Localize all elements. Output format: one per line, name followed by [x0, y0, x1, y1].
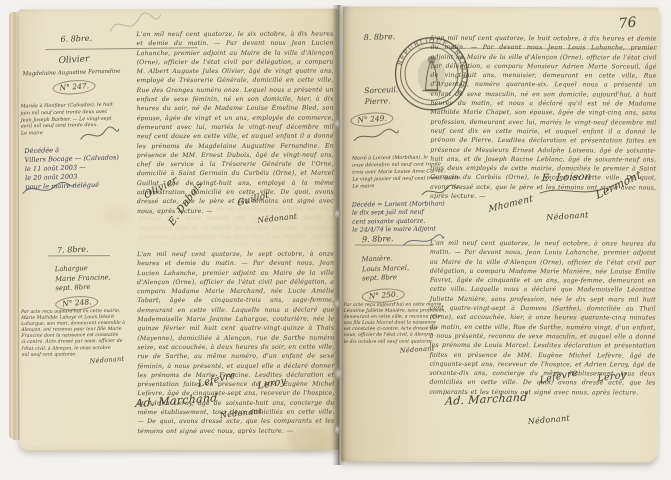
margin-date: 6. 8bre.: [60, 34, 92, 44]
death-note: Décédé = Lorient (Morbihan) le dix sept …: [352, 200, 482, 235]
recognition-note: Par acte reçu aujourd'hui en cette mairi…: [21, 309, 146, 359]
margin-child-surname: Olivier: [58, 54, 89, 66]
paper-stain: [288, 427, 330, 453]
margin-date: 7. 8bre.: [57, 245, 89, 255]
death-note-paraph: [21, 181, 76, 197]
signature: Ad. Marchand: [445, 391, 528, 408]
mayor-paraph: [79, 125, 121, 143]
margin-child-name: Sorceuil. Pierre.: [364, 84, 399, 107]
stitch-hole: [333, 424, 341, 435]
margin-child-name: Lahargue Marie Francine, sept. 8bre: [55, 263, 112, 294]
paper-stain: [548, 305, 600, 343]
margin-child-name: Manière. Louis Marcel, sept. 8bre: [361, 254, 409, 284]
stitch-hole: [333, 208, 341, 219]
signature: Nédonant: [546, 210, 589, 222]
act-number: N° 250.: [361, 287, 405, 304]
left-page: 6. 8bre. Olivier Magdelaine Augustine Fe…: [18, 9, 338, 451]
paper-stain: [105, 207, 129, 223]
act-number: N° 247.: [52, 79, 96, 96]
margin-paraph: [352, 128, 400, 144]
binding-gutter: [332, 5, 345, 465]
stitch-hole: [333, 118, 341, 129]
margin-date: 8. 8bre.: [364, 32, 396, 42]
signature: Nédonant: [527, 414, 570, 427]
note-signature: Nédonant: [89, 355, 124, 366]
stitch-hole: [333, 366, 344, 381]
act-number: N° 249.: [350, 111, 394, 128]
page-number: 76: [618, 15, 637, 33]
signature: E. Loison: [541, 172, 592, 185]
register-scan: 6. 8bre. Olivier Magdelaine Augustine Fe…: [0, 0, 671, 480]
margin-date: 9. 8bre.: [362, 234, 394, 244]
bleed-through-text: L'an mil neuf cent quatorze, le six octo…: [139, 205, 334, 246]
stitch-hole: [333, 298, 341, 309]
right-page: 76 8. 8bre. RÉPUBLIQUE FRANÇAISE Sorceui…: [341, 6, 659, 462]
